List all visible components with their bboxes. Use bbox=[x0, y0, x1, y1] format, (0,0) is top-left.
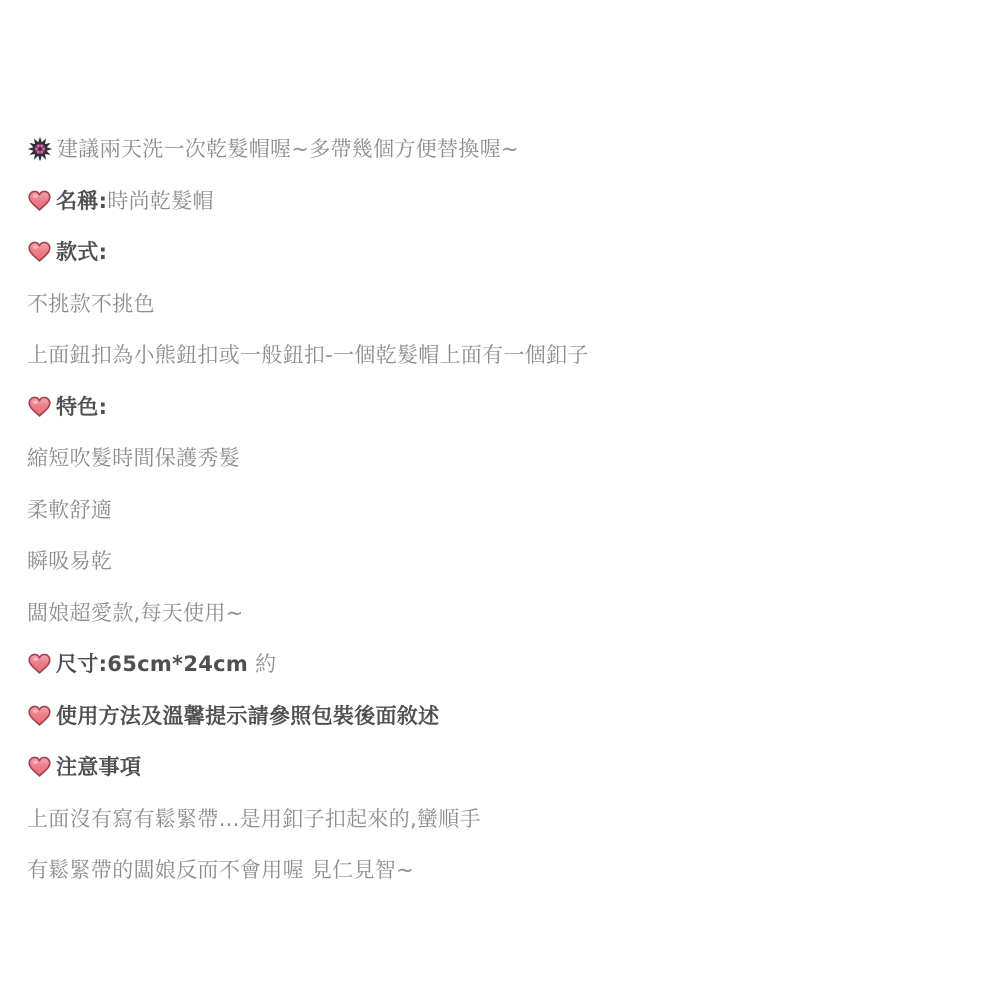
paragraph: 尺寸:65cm*24cm 約 bbox=[27, 649, 960, 679]
paragraph: 上面鈕扣為小熊鈕扣或一般鈕扣-一個乾髮帽上面有一個釦子 bbox=[27, 340, 960, 370]
paragraph: 不挑款不挑色 bbox=[27, 289, 960, 319]
text-segment: 名稱: bbox=[56, 189, 107, 213]
heart-icon bbox=[27, 190, 52, 212]
text-segment: 上面沒有寫有鬆緊帶...是用釦子扣起來的,蠻順手 bbox=[27, 807, 481, 831]
flower-icon bbox=[27, 136, 53, 162]
heart-icon bbox=[27, 653, 52, 675]
paragraph: 建議兩天洗一次乾髮帽喔~多帶幾個方便替換喔~ bbox=[27, 134, 960, 164]
text-segment: 約 bbox=[248, 652, 276, 676]
text-segment: 時尚乾髮帽 bbox=[107, 189, 214, 213]
paragraph: 使用方法及溫馨提示請參照包裝後面敘述 bbox=[27, 701, 960, 731]
paragraph: 瞬吸易乾 bbox=[27, 546, 960, 576]
paragraph: 縮短吹髮時間保護秀髮 bbox=[27, 443, 960, 473]
text-segment: 特色: bbox=[56, 395, 107, 419]
heart-icon bbox=[27, 396, 52, 418]
product-description-page: 建議兩天洗一次乾髮帽喔~多帶幾個方便替換喔~ 名稱:時尚乾髮帽 款式:不挑款不挑… bbox=[0, 0, 1000, 1000]
text-segment: 柔軟舒適 bbox=[27, 498, 112, 522]
text-segment: 闆娘超愛款,每天使用~ bbox=[27, 601, 244, 625]
paragraph-list: 建議兩天洗一次乾髮帽喔~多帶幾個方便替換喔~ 名稱:時尚乾髮帽 款式:不挑款不挑… bbox=[27, 134, 960, 885]
text-segment: 縮短吹髮時間保護秀髮 bbox=[27, 446, 240, 470]
text-segment: 不挑款不挑色 bbox=[27, 292, 155, 316]
paragraph: 注意事項 bbox=[27, 752, 960, 782]
paragraph: 柔軟舒適 bbox=[27, 495, 960, 525]
text-segment: 有鬆緊帶的闆娘反而不會用喔 見仁見智~ bbox=[27, 858, 414, 882]
paragraph: 上面沒有寫有鬆緊帶...是用釦子扣起來的,蠻順手 bbox=[27, 804, 960, 834]
text-segment: 使用方法及溫馨提示請參照包裝後面敘述 bbox=[56, 704, 439, 728]
text-segment: 瞬吸易乾 bbox=[27, 549, 112, 573]
text-segment: 建議兩天洗一次乾髮帽喔~多帶幾個方便替換喔~ bbox=[57, 137, 519, 161]
paragraph: 名稱:時尚乾髮帽 bbox=[27, 186, 960, 216]
heart-icon bbox=[27, 705, 52, 727]
text-segment: 上面鈕扣為小熊鈕扣或一般鈕扣-一個乾髮帽上面有一個釦子 bbox=[27, 343, 589, 367]
text-segment: 尺寸:65cm*24cm bbox=[56, 652, 248, 676]
paragraph: 有鬆緊帶的闆娘反而不會用喔 見仁見智~ bbox=[27, 855, 960, 885]
text-segment: 注意事項 bbox=[56, 755, 141, 779]
heart-icon bbox=[27, 241, 52, 263]
heart-icon bbox=[27, 756, 52, 778]
paragraph: 闆娘超愛款,每天使用~ bbox=[27, 598, 960, 628]
paragraph: 特色: bbox=[27, 392, 960, 422]
text-segment: 款式: bbox=[56, 240, 107, 264]
paragraph: 款式: bbox=[27, 237, 960, 267]
